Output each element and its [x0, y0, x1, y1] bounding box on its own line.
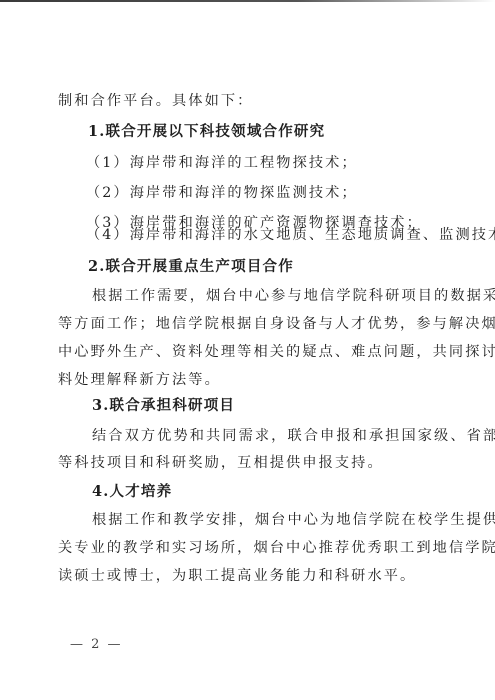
section-1-heading: 1.联合开展以下科技领域合作研究	[88, 123, 325, 141]
document-page: 制和合作平台。具体如下： 1.联合开展以下科技领域合作研究 （1）海岸带和海洋的…	[0, 0, 495, 700]
section-2-para-line-4: 料处理解释新方法等。	[58, 371, 221, 389]
section-4-heading: 4.人才培养	[92, 483, 172, 501]
section-3-para-line-2: 等科技项目和科研奖励，互相提供申报支持。	[58, 454, 384, 472]
section-4-para-line-2: 关专业的教学和实习场所，烟台中心推荐优秀职工到地信学院就	[58, 539, 495, 557]
section-2-para-line-1: 根据工作需要，烟台中心参与地信学院科研项目的数据采集	[92, 287, 495, 305]
section-2-para-line-3: 中心野外生产、资料处理等相关的疑点、难点问题，共同探讨资	[58, 343, 495, 361]
list-item-2: （2）海岸带和海洋的物探监测技术；	[86, 184, 358, 202]
section-3-para-line-1: 结合双方优势和共同需求，联合申报和承担国家级、省部级	[92, 427, 495, 445]
section-2-para-line-2: 等方面工作；地信学院根据自身设备与人才优势，参与解决烟台	[58, 315, 495, 333]
page-number: — 2 —	[70, 637, 123, 652]
section-4-para-line-1: 根据工作和教学安排，烟台中心为地信学院在校学生提供相	[92, 511, 495, 529]
section-2-heading: 2.联合开展重点生产项目合作	[88, 258, 294, 276]
section-3-heading: 3.联合承担科研项目	[92, 397, 235, 415]
intro-line: 制和合作平台。具体如下：	[58, 92, 253, 110]
list-item-1: （1）海岸带和海洋的工程物探技术；	[86, 154, 358, 172]
section-4-para-line-3: 读硕士或博士，为职工提高业务能力和科研水平。	[58, 567, 416, 585]
list-item-4: （4）海岸带和海洋的水文地质、生态地质调查、监测技术。	[86, 226, 495, 244]
